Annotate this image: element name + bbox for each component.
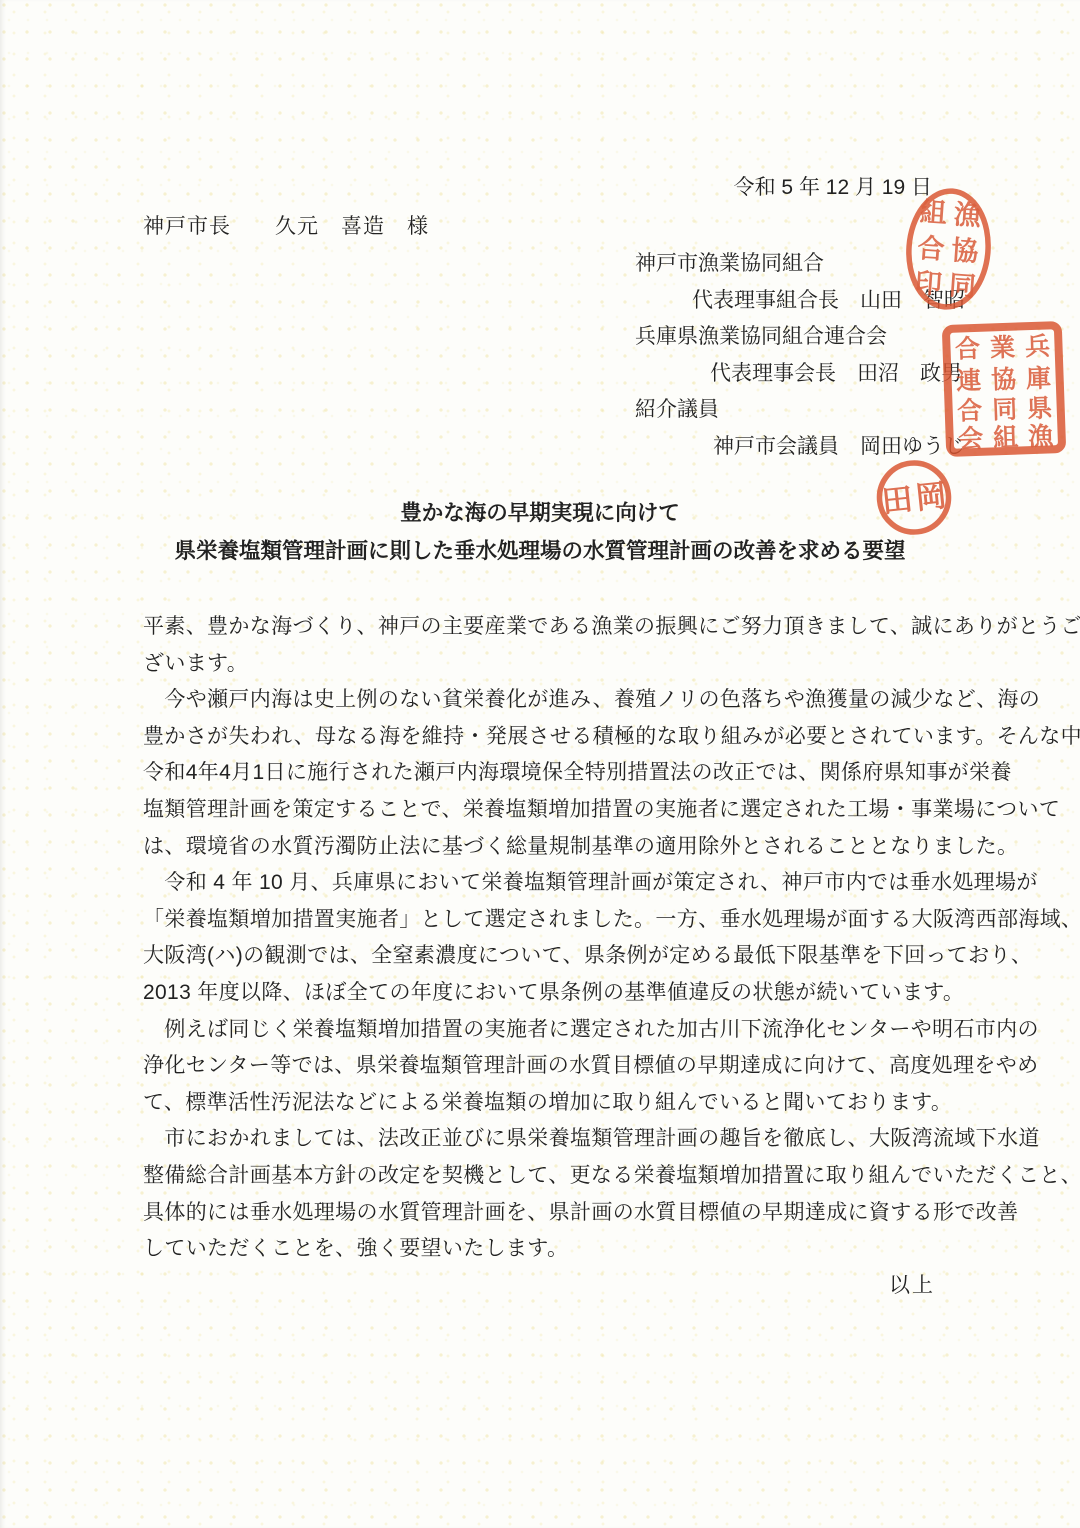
svg-text:合: 合	[916, 232, 945, 265]
svg-text:漁: 漁	[953, 198, 983, 231]
svg-text:同: 同	[948, 270, 977, 302]
svg-text:合: 合	[955, 334, 981, 364]
document-date: 令和 5 年 12 月 19 日	[143, 174, 932, 201]
body-line: 大阪湾(ハ)の観測では、全窒素濃度について、県条例が定める最低下限基準を下回って…	[143, 938, 935, 975]
body-line: 浄化センター等では、県栄養塩類管理計画の水質目標値の早期達成に向けて、高度処理を…	[143, 1048, 935, 1085]
svg-text:組: 組	[993, 423, 1019, 453]
svg-text:組: 組	[919, 197, 948, 229]
svg-text:田: 田	[880, 481, 914, 519]
body-line: 「栄養塩類増加措置実施者」として選定されました。一方、垂水処理場が面する大阪湾西…	[143, 902, 935, 939]
body-line: 市におかれましては、法改正並びに県栄養塩類管理計画の趣旨を徹底し、大阪湾流域下水…	[143, 1121, 935, 1158]
svg-text:岡: 岡	[914, 478, 948, 516]
svg-text:協: 協	[991, 366, 1017, 395]
addressee-line: 神戸市長 久元 喜造 様	[143, 213, 429, 240]
body-line: 塩類管理計画を策定することで、栄養塩類増加措置の実施者に選定された工場・事業場に…	[143, 792, 935, 829]
introducer-label: 紹介議員	[635, 396, 719, 423]
letter-body: 平素、豊かな海づくり、神戸の主要産業である漁業の振興にご努力頂きまして、誠にあり…	[143, 609, 935, 1304]
body-line: 例えば同じく栄養塩類増加措置の実施者に選定された加古川下流浄化センターや明石市内…	[143, 1012, 935, 1049]
scanned-letter-page: 令和 5 年 12 月 19 日 神戸市長 久元 喜造 様 神戸市漁業協同組合 …	[0, 0, 1080, 1528]
body-line: て、標準活性汚泥法などによる栄養塩類の増加に取り組んでいると聞いております。	[143, 1085, 935, 1122]
svg-text:会: 会	[958, 424, 984, 454]
sender-rep-2: 代表理事会長 田沼 政男	[710, 360, 962, 387]
document-title-line2: 県栄養塩類管理計画に則した垂水処理場の水質管理計画の改善を求める要望	[0, 538, 1080, 565]
council-member-personal-seal-icon: 岡 田	[872, 454, 956, 541]
body-line: 令和4年4月1日に施行された瀬戸内海環境保全特別措置法の改正では、関係府県知事が…	[143, 755, 935, 792]
body-line: していただくことを、強く要望いたします。	[143, 1231, 935, 1268]
fishery-coop-oval-seal-icon: 漁 協 同 組 合 印	[901, 184, 996, 314]
body-line: 今や瀬戸内海は史上例のない貧栄養化が進み、養殖ノリの色落ちや漁獲量の減少など、海…	[143, 682, 935, 719]
closing-ijou: 以上	[143, 1268, 935, 1305]
svg-text:漁: 漁	[1028, 421, 1055, 451]
sender-org-2: 兵庫県漁業協同組合連合会	[635, 323, 887, 350]
svg-text:兵: 兵	[1025, 332, 1051, 361]
svg-text:合: 合	[957, 396, 983, 426]
svg-text:協: 協	[950, 235, 979, 267]
body-line: ざいます。	[143, 646, 935, 683]
svg-text:同: 同	[992, 396, 1018, 425]
body-line: 整備総合計画基本方針の改定を契機として、更なる栄養塩類増加措置に取り組んでいただ…	[143, 1158, 935, 1195]
body-line: 令和 4 年 10 月、兵庫県において栄養塩類管理計画が策定され、神戸市内では垂…	[143, 865, 935, 902]
body-line: 豊かさが失われ、母なる海を維持・発展させる積極的な取り組みが必要とされています。…	[143, 719, 935, 756]
svg-text:印: 印	[914, 268, 943, 300]
body-line: 具体的には垂水処理場の水質管理計画を、県計画の水質目標値の早期達成に資する形で改…	[143, 1195, 935, 1232]
svg-text:県: 県	[1027, 394, 1053, 423]
sender-org-1: 神戸市漁業協同組合	[635, 250, 824, 277]
body-line: 2013 年度以降、ほぼ全ての年度において県条例の基準値違反の状態が続いています…	[143, 975, 935, 1012]
svg-text:業: 業	[990, 334, 1016, 363]
prefecture-federation-square-seal-icon: 兵 庫 県 漁 業 協 同 組 合 連 合 会	[941, 320, 1068, 458]
svg-text:連: 連	[956, 367, 982, 396]
body-line: 平素、豊かな海づくり、神戸の主要産業である漁業の振興にご努力頂きまして、誠にあり…	[143, 609, 935, 646]
svg-text:庫: 庫	[1026, 364, 1052, 393]
body-line: は、環境省の水質汚濁防止法に基づく総量規制基準の適用除外とされることとなりました…	[143, 829, 935, 866]
